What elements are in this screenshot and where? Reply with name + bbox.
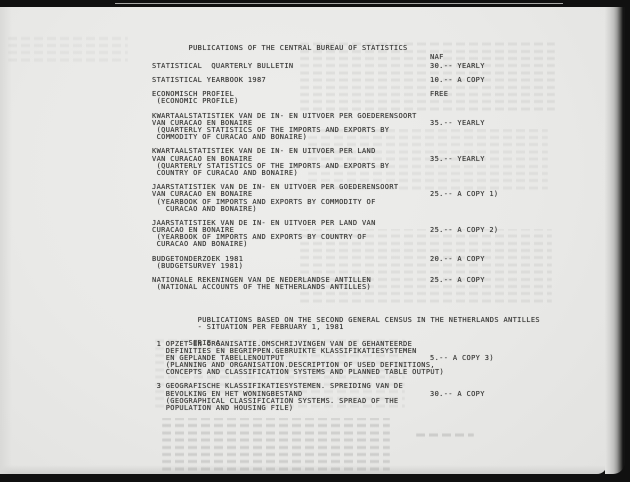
doc-line: POPULATION AND HOUSING FILE) <box>152 405 592 412</box>
doc-line: (NATIONAL ACCOUNTS OF THE NETHERLANDS AN… <box>152 284 592 291</box>
price-value: 25.-- A COPY 2) <box>430 227 498 234</box>
doc-line: (BUDGETSURVEY 1981) <box>152 263 592 270</box>
doc-line: (ECONOMIC PROFILE) <box>152 98 592 105</box>
doc-line-text: CURACAO AND BONAIRE) <box>152 240 248 248</box>
page-title: PUBLICATIONS OF THE CENTRAL BUREAU OF ST… <box>152 38 592 45</box>
document-content: PUBLICATIONS OF THE CENTRAL BUREAU OF ST… <box>152 38 592 412</box>
photo-background: PUBLICATIONS OF THE CENTRAL BUREAU OF ST… <box>0 0 630 482</box>
doc-line: CURACAO AND BONAIRE) <box>152 241 592 248</box>
doc-line: COUNTRY OF CURACAO AND BONAIRE) <box>152 170 592 177</box>
page-showthrough <box>416 431 474 438</box>
doc-line-text: (NATIONAL ACCOUNTS OF THE NETHERLANDS AN… <box>152 283 371 291</box>
page-showthrough <box>162 418 390 472</box>
doc-line-text: COUNTRY OF CURACAO AND BONAIRE) <box>152 169 298 177</box>
census-heading-line: - SITUATION PER FEBRUARY 1, 1981 <box>152 317 592 324</box>
publication-entry: KWARTAALSTATISTIEK VAN DE IN- EN UITVOER… <box>152 148 592 177</box>
publication-entry: BUDGETONDERZOEK 198120.-- A COPY (BUDGET… <box>152 256 592 270</box>
price-value: 30.-- A COPY <box>430 391 485 398</box>
publication-entry: ECONOMISCH PROFIELFREE (ECONOMIC PROFILE… <box>152 91 592 105</box>
doc-line-text: POPULATION AND HOUSING FILE) <box>152 404 294 412</box>
page-title-text: PUBLICATIONS OF THE CENTRAL BUREAU OF ST… <box>189 44 408 52</box>
doc-line-text: (BUDGETSURVEY 1981) <box>152 262 243 270</box>
price-value: 35.-- YEARLY <box>430 156 485 163</box>
census-publications-list: 1 OPZET EN ORGANISATIE.OMSCHRIJVINGEN VA… <box>152 341 592 413</box>
page-showthrough <box>8 33 128 63</box>
publications-list: STATISTICAL QUARTERLY BULLETIN30.-- YEAR… <box>152 63 592 292</box>
doc-line-text: (ECONOMIC PROFILE) <box>152 97 239 105</box>
publication-entry: STATISTICAL QUARTERLY BULLETIN30.-- YEAR… <box>152 63 592 70</box>
publication-entry: NATIONALE REKENINGEN VAN DE NEDERLANDSE … <box>152 277 592 291</box>
doc-line-text: STATISTICAL QUARTERLY BULLETIN <box>152 62 294 70</box>
doc-line: STATISTICAL QUARTERLY BULLETIN30.-- YEAR… <box>152 63 592 70</box>
doc-line-text: CURACAO AND BONAIRE) <box>152 205 257 213</box>
doc-line-text: CONCEPTS AND CLASSIFICATION SYSTEMS AND … <box>152 368 444 376</box>
publication-entry: 3 GEOGRAFISCHE KLASSIFIKATIESYSTEMEN. SP… <box>152 383 592 412</box>
price-value: 35.-- YEARLY <box>430 120 485 127</box>
currency-label: NAF <box>430 54 444 61</box>
price-value: 5.-- A COPY 3) <box>430 355 494 362</box>
publication-entry: STATISTICAL YEARBOOK 198710.-- A COPY <box>152 77 592 84</box>
price-value: 25.-- A COPY <box>430 277 485 284</box>
census-section-heading: PUBLICATIONS BASED ON THE SECOND GENERAL… <box>152 309 592 323</box>
price-value: 20.-- A COPY <box>430 256 485 263</box>
page-edge-highlight <box>115 3 563 5</box>
doc-line: STATISTICAL YEARBOOK 198710.-- A COPY <box>152 77 592 84</box>
census-heading-text: - SITUATION PER FEBRUARY 1, 1981 <box>198 323 344 331</box>
price-value: 30.-- YEARLY <box>430 63 485 70</box>
census-heading-line: PUBLICATIONS BASED ON THE SECOND GENERAL… <box>152 309 592 316</box>
doc-line: CONCEPTS AND CLASSIFICATION SYSTEMS AND … <box>152 369 592 376</box>
document-page: PUBLICATIONS OF THE CENTRAL BUREAU OF ST… <box>0 7 607 474</box>
doc-line-text: STATISTICAL YEARBOOK 1987 <box>152 76 266 84</box>
doc-line-text: COMMODITY OF CURACAO AND BONAIRE) <box>152 133 307 141</box>
book-page-edges <box>605 7 625 474</box>
price-value: FREE <box>430 91 448 98</box>
publication-entry: 1 OPZET EN ORGANISATIE.OMSCHRIJVINGEN VA… <box>152 341 592 377</box>
publication-entry: JAARSTATISTIEK VAN DE IN- EN UITVOER PER… <box>152 220 592 249</box>
doc-line: COMMODITY OF CURACAO AND BONAIRE) <box>152 134 592 141</box>
publication-entry: JAARSTATISTIEK VAN DE IN- EN UITVOER PER… <box>152 184 592 213</box>
currency-header-row: NAF <box>152 54 592 61</box>
doc-line: CURACAO AND BONAIRE) <box>152 206 592 213</box>
price-value: 25.-- A COPY 1) <box>430 191 498 198</box>
price-value: 10.-- A COPY <box>430 77 485 84</box>
publication-entry: KWARTAALSTATISTIEK VAN DE IN- EN UITVOER… <box>152 113 592 142</box>
